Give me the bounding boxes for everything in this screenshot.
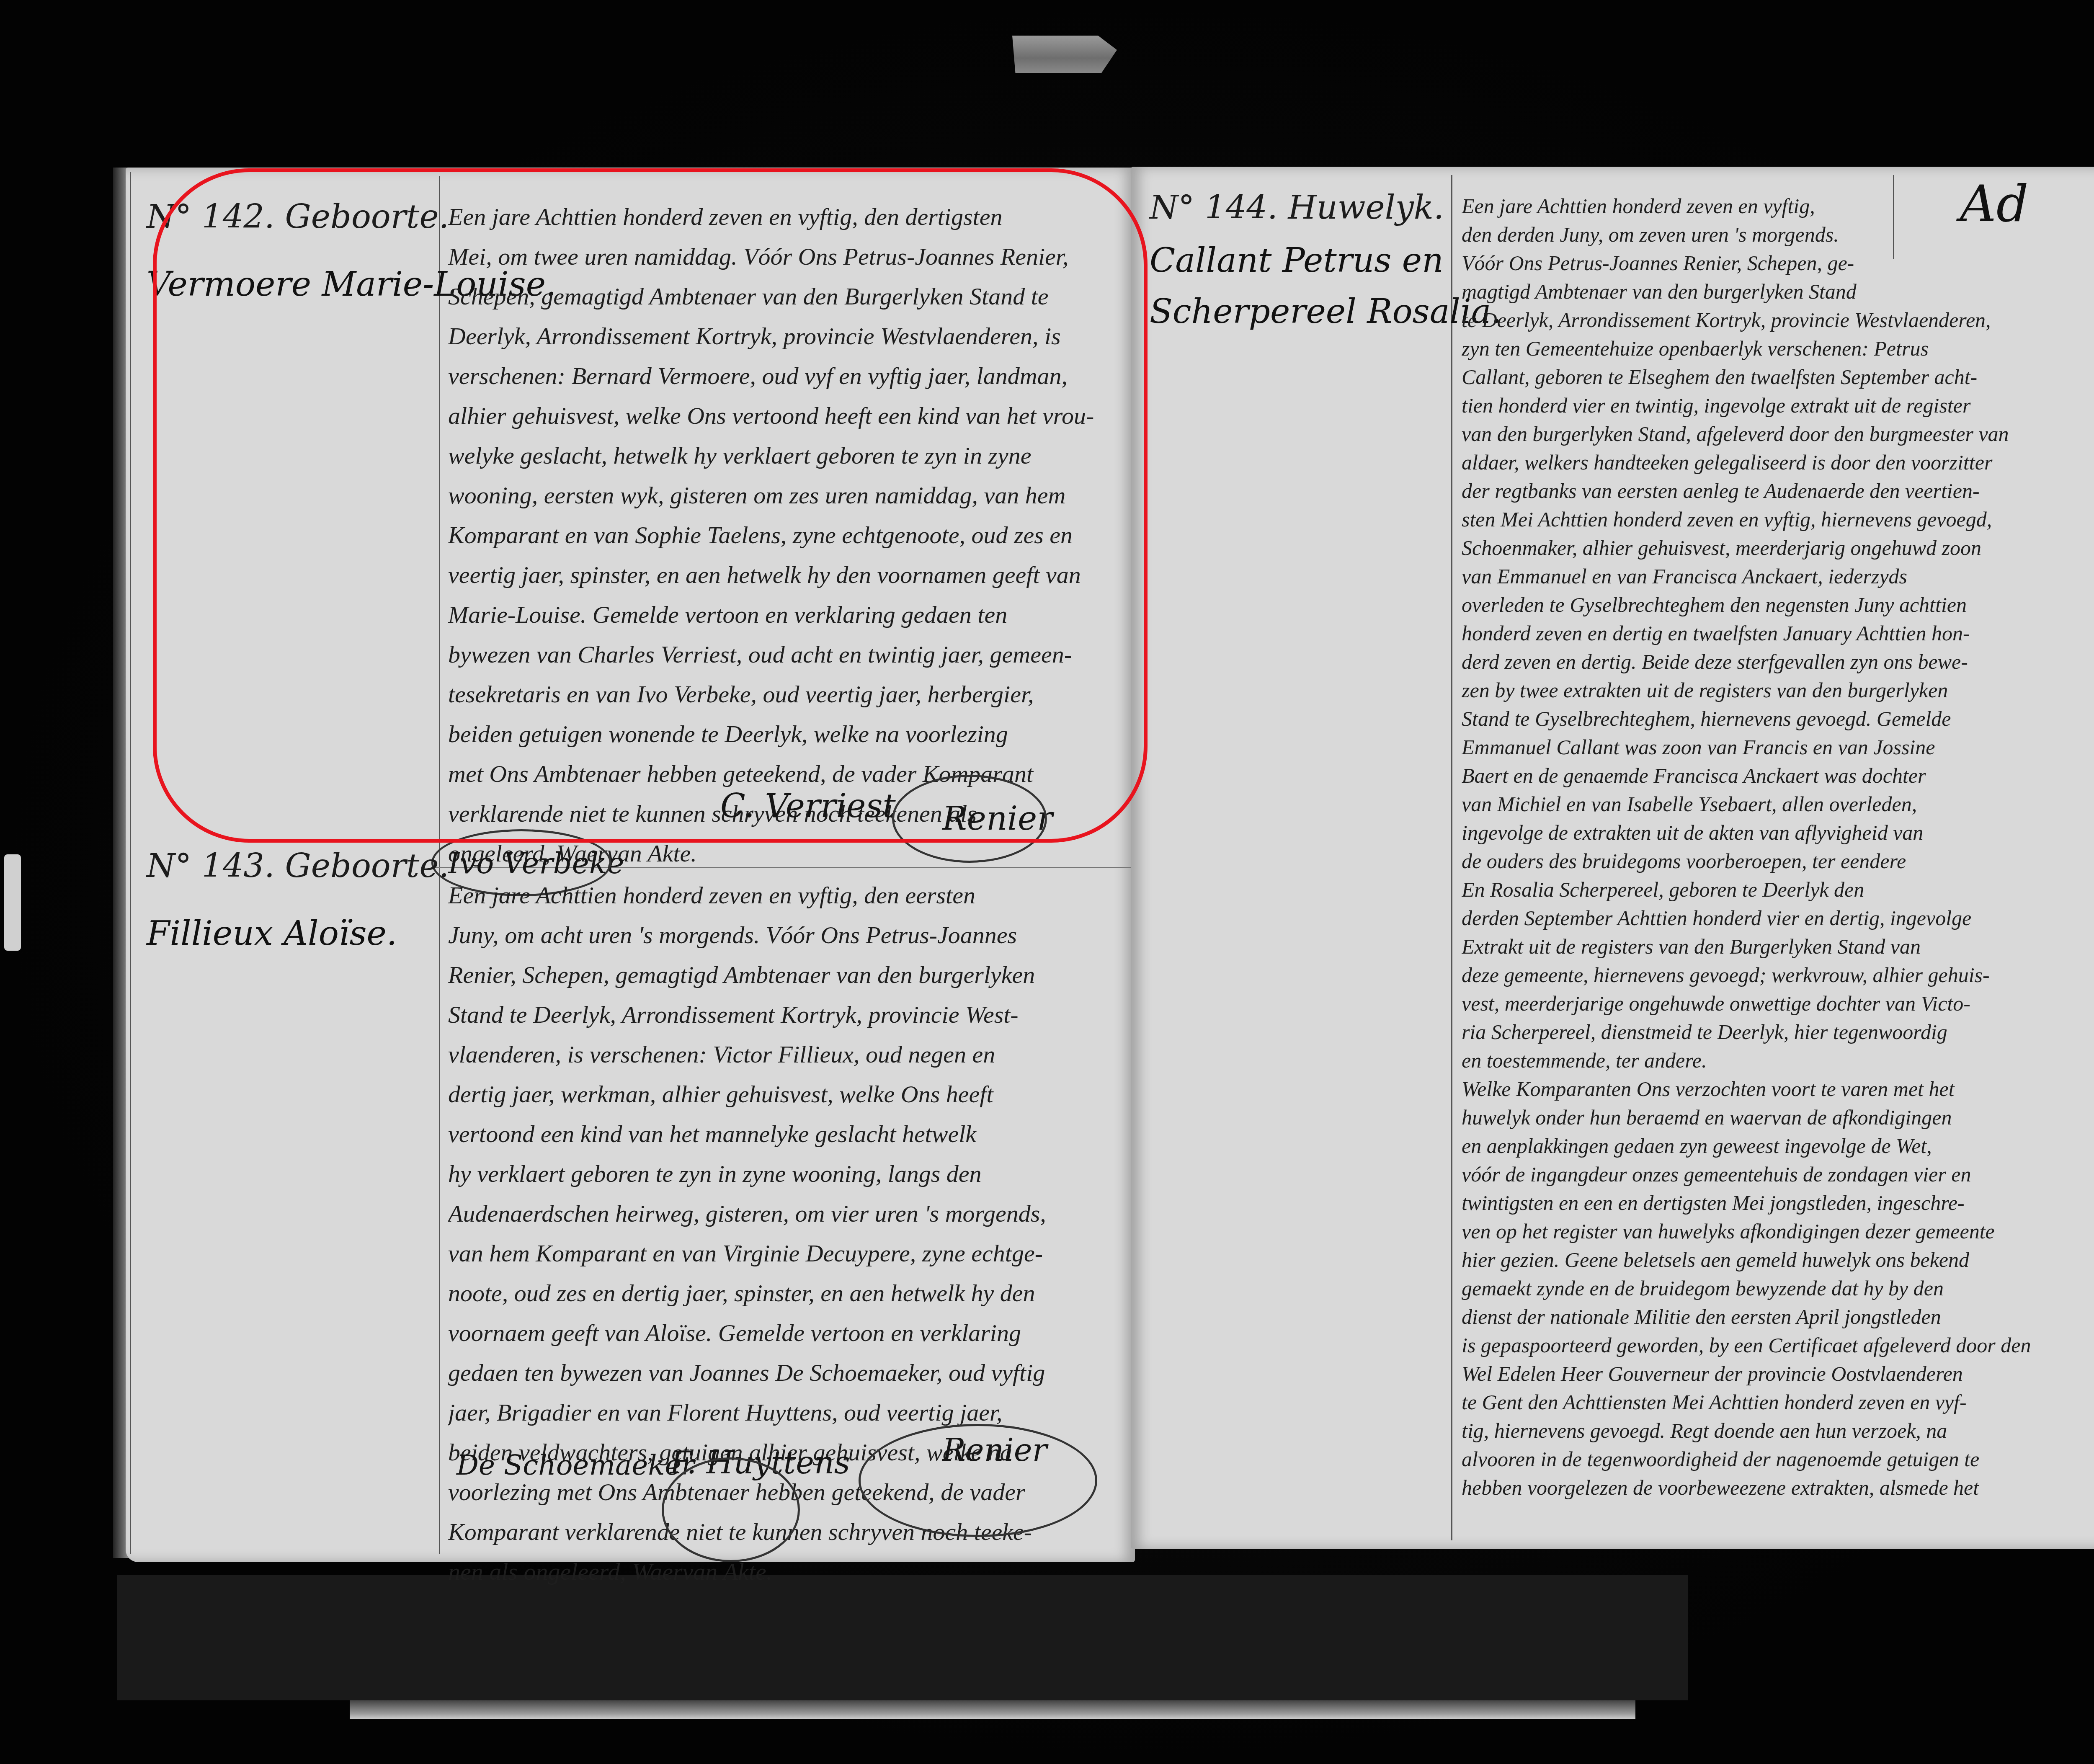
- text-line: jaer, Brigadier en van Florent Huyttens,…: [448, 1393, 1118, 1432]
- text-line: van hem Komparant en van Virginie Decuyp…: [448, 1233, 1118, 1273]
- text-line: twintigsten en een en dertigsten Mei jon…: [1462, 1189, 2094, 1217]
- text-line: sten Mei Achttien honderd zeven en vyfti…: [1462, 505, 2094, 534]
- text-line: van den burgerlyken Stand, afgeleverd do…: [1462, 420, 2094, 448]
- text-line: Extrakt uit de registers van den Burgerl…: [1462, 932, 2094, 961]
- text-line: overleden te Gyselbrechteghem den negens…: [1462, 591, 2094, 619]
- entry-144-margin: N° 144. Huwelyk. Callant Petrus en Scher…: [1150, 188, 1502, 335]
- text-line: tien honderd vier en twintig, ingevolge …: [1462, 391, 2094, 420]
- binding-clip: [1012, 36, 1117, 73]
- right-page: N° 144. Huwelyk. Callant Petrus en Scher…: [1131, 167, 2094, 1549]
- text-line: Een jare Achttien honderd zeven en vyfti…: [448, 875, 1118, 915]
- text-line: en aenplakkingen gedaen zyn geweest inge…: [1462, 1132, 2094, 1160]
- entry-subject-name: Fillieux Aloïse.: [147, 910, 449, 957]
- text-line: derd zeven en dertig. Beide deze sterfge…: [1462, 647, 2094, 676]
- red-annotation-box: [153, 168, 1148, 843]
- signature-huyttens: F. Huyttens: [670, 1445, 850, 1481]
- text-line: hy verklaert geboren te zyn in zyne woon…: [448, 1154, 1118, 1194]
- page-border-line: [130, 172, 131, 1554]
- signature-text: De Schoemaeker: [456, 1449, 694, 1481]
- signature-renier: Renier: [942, 1432, 1047, 1468]
- page-tab-left: [4, 854, 21, 951]
- text-line: vertoond een kind van het mannelyke gesl…: [448, 1114, 1118, 1154]
- text-line: voornaem geeft van Aloïse. Gemelde verto…: [448, 1313, 1118, 1353]
- signature-flourish: [859, 1424, 1097, 1537]
- text-line: En Rosalia Scherpereel, geboren te Deerl…: [1462, 875, 2094, 904]
- text-line: huwelyk onder hun beraemd en waervan de …: [1462, 1103, 2094, 1132]
- text-line: noote, oud zes en dertig jaer, spinster,…: [448, 1273, 1118, 1313]
- text-line: ven op het register van huwelyks afkondi…: [1462, 1217, 2094, 1246]
- text-line: Baert en de genaemde Francisca Anckaert …: [1462, 761, 2094, 790]
- text-line: zen by twee extrakten uit de registers v…: [1462, 676, 2094, 704]
- text-line: honderd zeven en dertig en twaelfsten Ja…: [1462, 619, 2094, 647]
- book-underside: [117, 1575, 1688, 1700]
- text-line: Audenaerdschen heirweg, gisteren, om vie…: [448, 1194, 1118, 1233]
- text-line: dertig jaer, werkman, alhier gehuisvest,…: [448, 1074, 1118, 1114]
- text-line: van Michiel en van Isabelle Ysebaert, al…: [1462, 790, 2094, 818]
- text-line: Stand te Gyselbrechteghem, hiernevens ge…: [1462, 704, 2094, 733]
- text-line: de ouders des bruidegoms voorberoepen, t…: [1462, 847, 2094, 875]
- entry-144-body: Een jare Achttien honderd zeven en vyfti…: [1462, 192, 2094, 1502]
- text-line: vóór de ingangdeur onzes gemeentehuis de…: [1462, 1160, 2094, 1189]
- signature-flourish: [662, 1457, 800, 1562]
- text-line: Emmanuel Callant was zoon van Francis en…: [1462, 733, 2094, 761]
- entry-subject-name-1: Callant Petrus en: [1150, 237, 1502, 284]
- text-line: vest, meerderjarige ongehuwde onwettige …: [1462, 989, 2094, 1018]
- text-line: Welke Komparanten Ons verzochten voort t…: [1462, 1075, 2094, 1103]
- text-line: Stand te Deerlyk, Arrondissement Kortryk…: [448, 995, 1118, 1034]
- text-line: van Emmanuel en van Francisca Anckaert, …: [1462, 562, 2094, 591]
- text-line: Renier, Schepen, gemagtigd Ambtenaer van…: [448, 955, 1118, 995]
- entry-subject-name-2: Scherpereel Rosalia.: [1150, 288, 1502, 335]
- entry-heading: N° 144. Huwelyk.: [1150, 188, 1502, 229]
- text-line: gemaekt zynde en de bruidegom bewyzende …: [1462, 1274, 2094, 1302]
- text-line: vlaenderen, is verschenen: Victor Fillie…: [448, 1034, 1118, 1074]
- book-edge-strip: [350, 1700, 1635, 1719]
- text-line: ria Scherpereel, dienstmeid te Deerlyk, …: [1462, 1018, 2094, 1046]
- text-line: derden September Achttien honderd vier e…: [1462, 904, 2094, 932]
- text-line: Vóór Ons Petrus-Joannes Renier, Schepen,…: [1462, 249, 2094, 277]
- text-line: Schoenmaker, alhier gehuisvest, meerderj…: [1462, 534, 2094, 562]
- text-line: alvooren in de tegenwoordigheid der nage…: [1462, 1445, 2094, 1473]
- text-line: dienst der nationale Militie den eersten…: [1462, 1302, 2094, 1331]
- margin-rule: [1451, 175, 1452, 1540]
- text-line: te Deerlyk, Arrondissement Kortryk, prov…: [1462, 306, 2094, 334]
- text-line: Wel Edelen Heer Gouverneur der provincie…: [1462, 1359, 2094, 1388]
- text-line: hier gezien. Geene beletsels aen gemeld …: [1462, 1246, 2094, 1274]
- text-line: Juny, om acht uren 's morgends. Vóór Ons…: [448, 915, 1118, 955]
- text-line: den derden Juny, om zeven uren 's morgen…: [1462, 220, 2094, 249]
- text-line: Een jare Achttien honderd zeven en vyfti…: [1462, 192, 2094, 220]
- text-line: deze gemeente, hiernevens gevoegd; werkv…: [1462, 961, 2094, 989]
- text-line: Callant, geboren te Elseghem den twaelfs…: [1462, 363, 2094, 391]
- text-line: gedaen ten bywezen van Joannes De Schoem…: [448, 1353, 1118, 1393]
- text-line: der regtbanks van eersten aenleg te Aude…: [1462, 477, 2094, 505]
- text-line: is gepaspoorteerd geworden, by een Certi…: [1462, 1331, 2094, 1359]
- entry-heading: N° 143. Geboorte.: [147, 846, 449, 887]
- text-line: nen als ongeleerd, Waervan Akte.: [448, 1552, 1118, 1591]
- text-line: hebben voorgelezen de voorbeweezene extr…: [1462, 1473, 2094, 1502]
- text-line: tig, hiernevens gevoegd. Regt doende aen…: [1462, 1416, 2094, 1445]
- signature-deschoemaeker: De Schoemaeker: [456, 1449, 694, 1481]
- text-line: en toestemmende, ter andere.: [1462, 1046, 2094, 1075]
- text-line: magtigd Ambtenaer van den burgerlyken St…: [1462, 277, 2094, 306]
- text-line: ingevolge de extrakten uit de akten van …: [1462, 818, 2094, 847]
- entry-143-margin: N° 143. Geboorte. Fillieux Aloïse.: [147, 846, 449, 957]
- text-line: zyn ten Gemeentehuize openbaerlyk versch…: [1462, 334, 2094, 363]
- text-line: te Gent den Achttiensten Mei Achttien ho…: [1462, 1388, 2094, 1416]
- text-line: aldaer, welkers handteeken gelegaliseerd…: [1462, 448, 2094, 477]
